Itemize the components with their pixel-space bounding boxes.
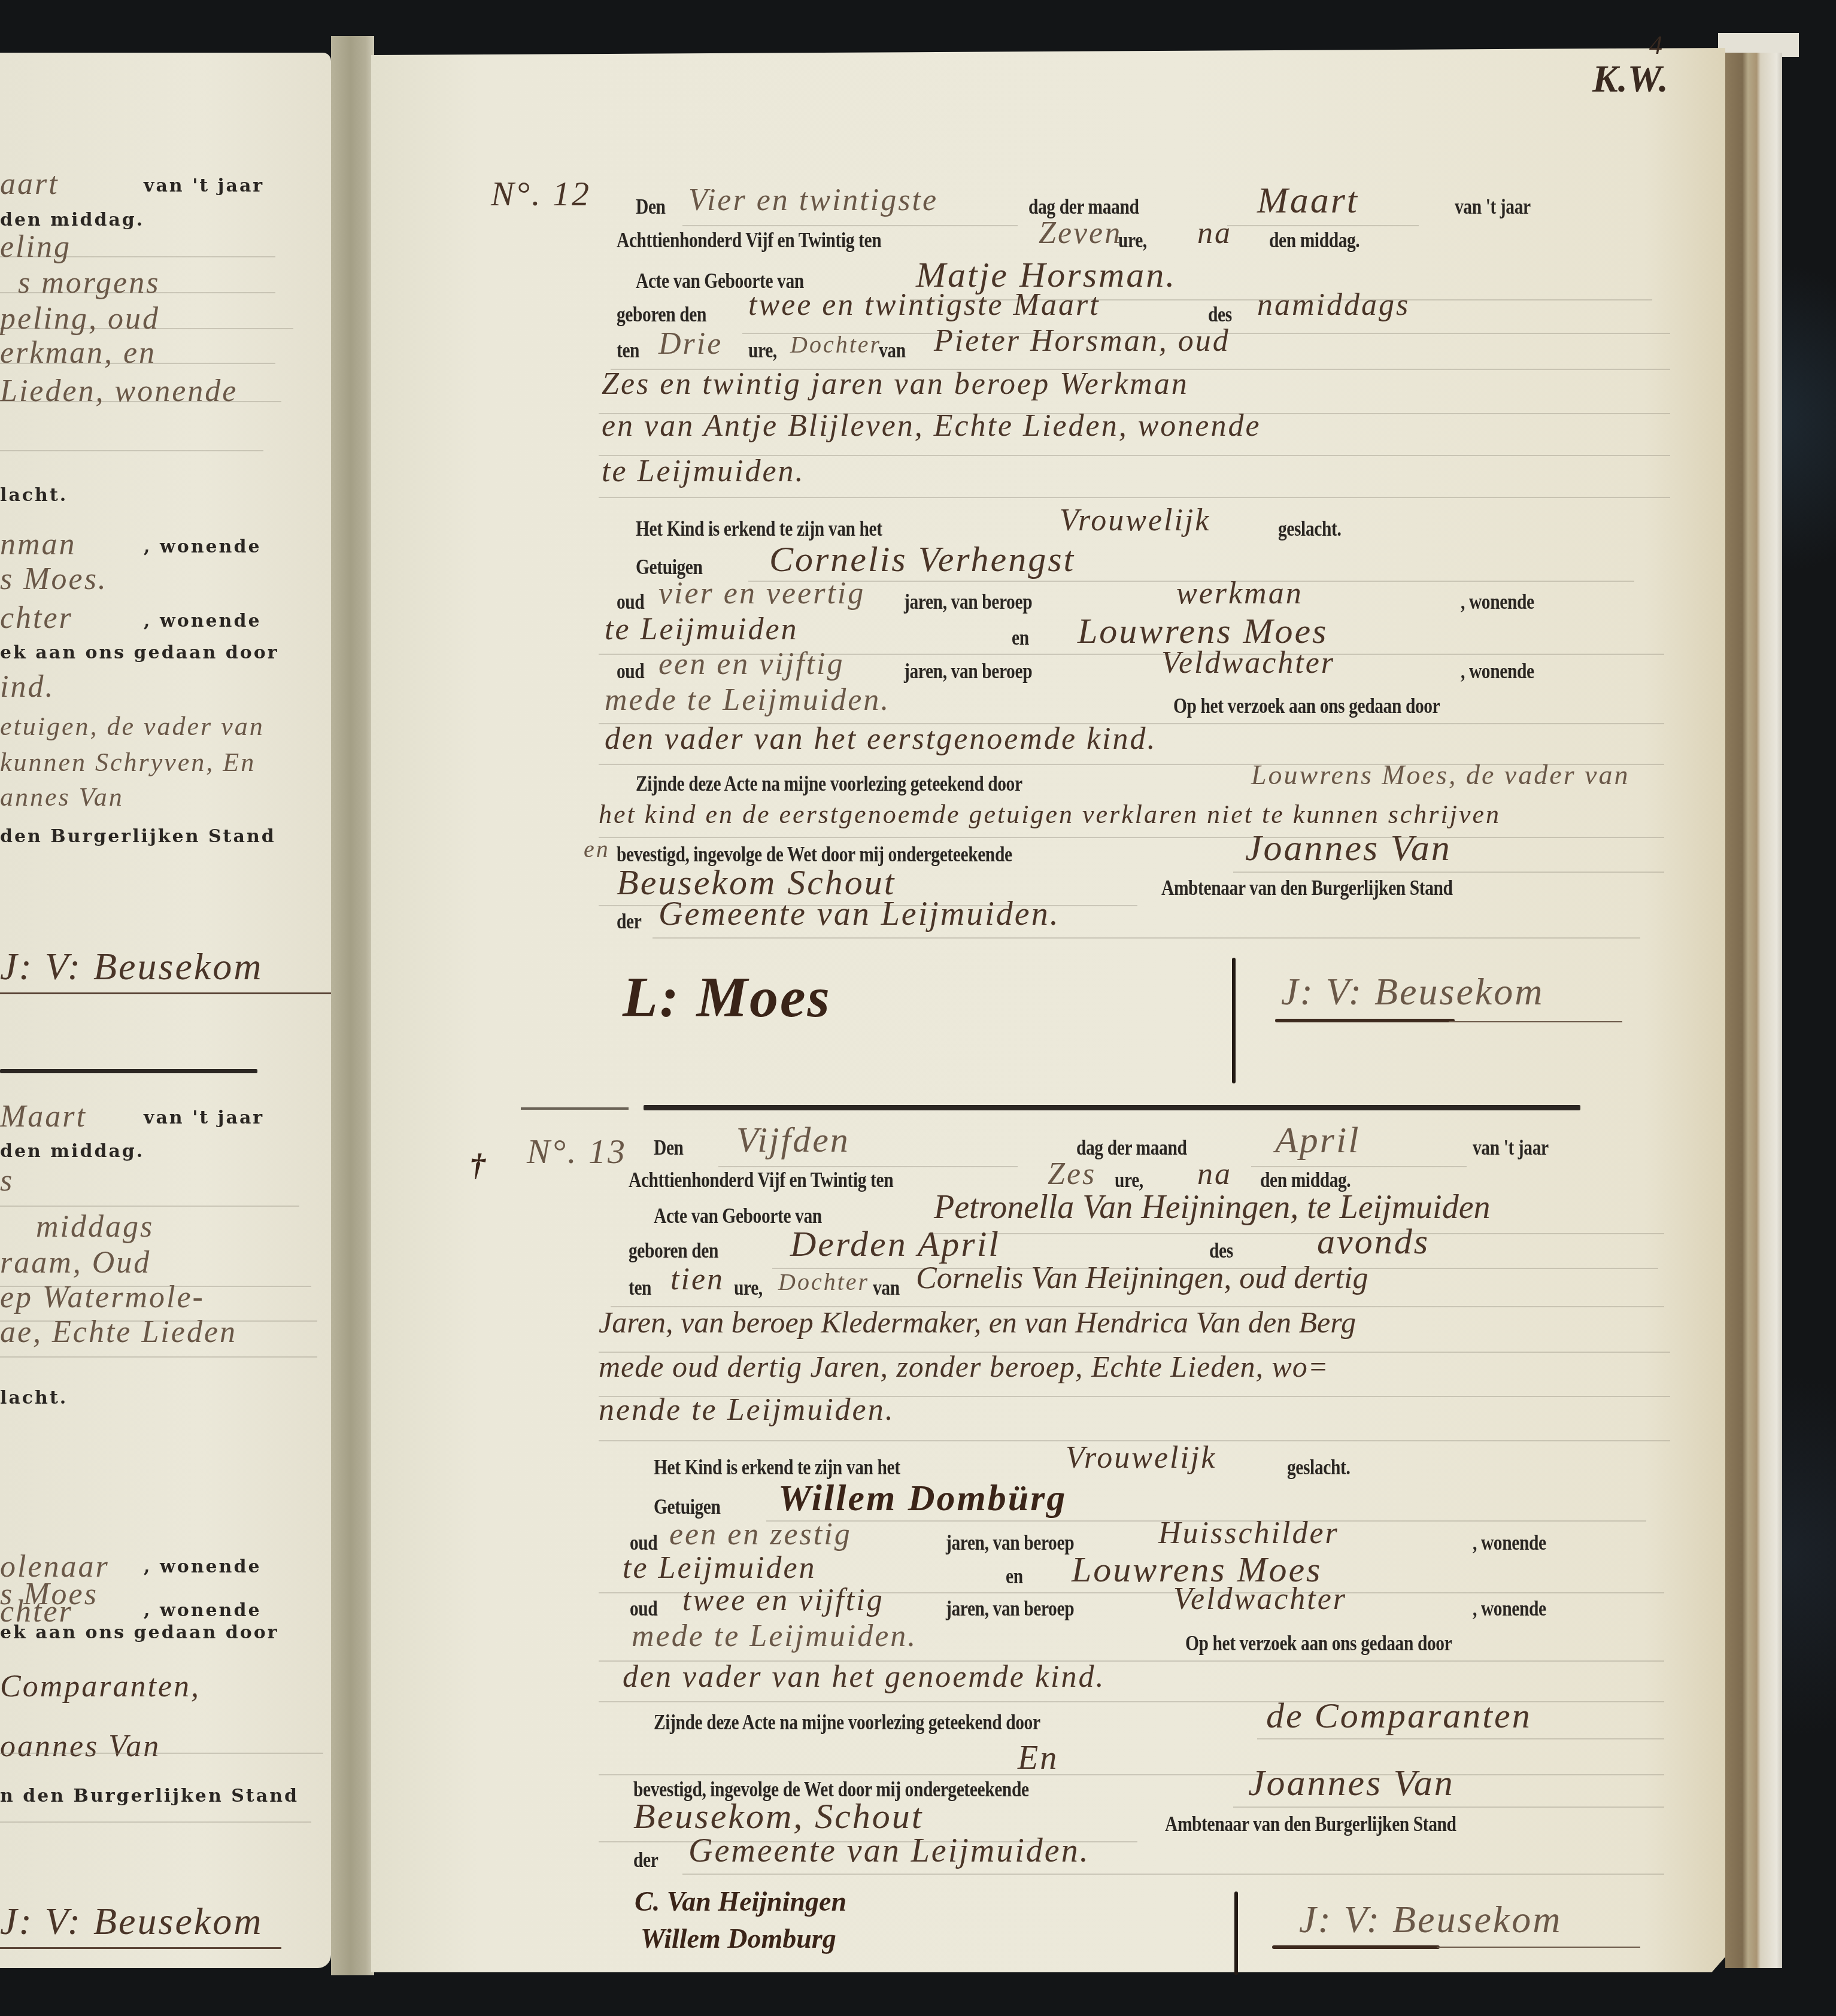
left-month-hand: aart xyxy=(0,166,59,202)
entry-number: N°. 13 xyxy=(527,1131,627,1171)
ure-label: ure, xyxy=(1118,227,1147,253)
witness1-residence-hand: te Leijmuiden xyxy=(623,1550,817,1586)
signature-father: C. Van Heijningen xyxy=(635,1886,846,1917)
year-text: Achttienhonderd Vijf en Twintig ten xyxy=(629,1167,893,1192)
born-time-hand: avonds xyxy=(1317,1221,1430,1262)
parents-hand-line: Jaren, van beroep Kledermaker, en van He… xyxy=(599,1305,1356,1340)
gemeente-hand: Gemeente van Leijmuiden. xyxy=(658,895,1060,933)
year-label: van 't jaar xyxy=(1455,194,1531,219)
witness2-occupation-hand: Veldwachter xyxy=(1173,1581,1347,1617)
witness1-age-hand: een en zestig xyxy=(669,1517,852,1552)
left-official-label: n den Burgerlijken Stand xyxy=(0,1786,299,1806)
left-gender-label: lacht. xyxy=(0,485,68,506)
parents-hand-line: nende te Leijmuiden. xyxy=(599,1392,895,1428)
left-hand-line: ep Watermole- xyxy=(0,1280,205,1315)
year-text: Achttienhonderd Vijf en Twintig ten xyxy=(617,227,881,253)
van-label: van xyxy=(873,1275,900,1300)
official-name-hand: Joannes Van xyxy=(1248,1762,1455,1805)
father-name-hand: Cornelis Van Heijningen, oud dertig xyxy=(916,1261,1368,1296)
witness2-residence-hand: mede te Leijmuiden. xyxy=(605,682,890,718)
left-wonende-label: , wonende xyxy=(144,1556,262,1577)
book-gutter xyxy=(331,36,374,1975)
request-label: Op het verzoek aan ons gedaan door xyxy=(1185,1631,1452,1656)
witness2-age-hand: twee en vijftig xyxy=(682,1583,884,1618)
left-month-hand: Maart xyxy=(0,1099,87,1134)
wonende-label: , wonende xyxy=(1461,589,1534,614)
left-sign-hand: oannes Van xyxy=(0,1729,160,1764)
parents-hand-line: Zes en twintig jaren van beroep Werkman xyxy=(602,366,1189,402)
dochter-hand: Dochter xyxy=(778,1268,869,1296)
folio-page-number: 4 xyxy=(1649,30,1662,60)
witness1-name-hand: Willem Dombürg xyxy=(778,1477,1067,1520)
oud-label: oud xyxy=(617,589,644,614)
left-page: aart van 't jaar den middag. eling s mor… xyxy=(0,53,331,1968)
gender-hand: Vrouwelijk xyxy=(1060,503,1210,538)
left-hand-line: peling, oud xyxy=(0,301,160,336)
witness1-residence-hand: te Leijmuiden xyxy=(605,612,799,647)
official-name-hand: Joannes Van xyxy=(1245,827,1452,870)
left-request-hand: ind. xyxy=(0,669,54,705)
left-hand-line: ae, Echte Lieden xyxy=(0,1314,237,1350)
signed-by-hand: Louwrens Moes, de vader van xyxy=(1251,759,1629,791)
left-wonende-label: , wonende xyxy=(144,536,262,557)
left-request-label: ek aan ons gedaan door xyxy=(0,642,279,663)
day-hand: Vier en twintigste xyxy=(688,183,938,218)
signature-official: J: V: Beusekom xyxy=(1299,1897,1562,1942)
en-hand: en xyxy=(584,835,610,863)
beroep-label: jaren, van beroep xyxy=(904,658,1032,684)
ure-label: ure, xyxy=(734,1275,763,1300)
zijnde-label: Zijnde deze Acte na mijne voorlezing get… xyxy=(654,1710,1040,1735)
witness2-residence-hand: mede te Leijmuiden. xyxy=(632,1619,917,1654)
witness2-occupation-hand: Veldwachter xyxy=(1161,645,1335,681)
left-sign-hand: kunnen Schryven, En xyxy=(0,747,256,778)
left-year-label: van 't jaar xyxy=(144,1107,264,1128)
born-hour-hand: Drie xyxy=(658,326,723,362)
signature-witness: Willem Domburg xyxy=(641,1923,836,1954)
born-label: geboren den xyxy=(617,302,706,327)
den-label: Den xyxy=(636,194,666,219)
witness1-name-hand: Cornelis Verhengst xyxy=(769,539,1075,580)
left-year-label: van 't jaar xyxy=(144,175,264,196)
left-request-label: ek aan ons gedaan door xyxy=(0,1622,279,1643)
en-label: en xyxy=(1012,625,1029,650)
witness1-occupation-hand: Huisschilder xyxy=(1158,1516,1339,1551)
hour-hand: Zeven xyxy=(1039,215,1122,251)
parents-hand-line: te Leijmuiden. xyxy=(602,454,805,489)
signature-brace xyxy=(1234,1891,1238,1975)
left-sign-hand: annes Van xyxy=(0,782,124,812)
zijnde-label: Zijnde deze Acte na mijne voorlezing get… xyxy=(636,771,1022,796)
entry-separator xyxy=(644,1105,1580,1110)
wonende-label: , wonende xyxy=(1473,1530,1546,1555)
beroep-label: jaren, van beroep xyxy=(904,589,1032,614)
left-signature: J: V: Beusekom xyxy=(0,945,263,989)
left-hand-line: s xyxy=(0,1163,14,1198)
left-midday-label: den middag. xyxy=(0,1141,144,1162)
entry-number: N°. 12 xyxy=(491,174,591,214)
left-midday-label: den middag. xyxy=(0,210,144,230)
signed-by-hand: het kind en de eerstgenoemde getuigen ve… xyxy=(599,799,1501,830)
parents-hand-line: mede oud dertig Jaren, zonder beroep, Ec… xyxy=(599,1349,1329,1384)
left-hand-line: eling xyxy=(0,229,71,265)
born-time-hand: namiddags xyxy=(1257,287,1410,323)
des-label: des xyxy=(1209,1238,1233,1263)
signed-by-hand: de Comparanten xyxy=(1266,1695,1532,1736)
left-hand-line: raam, Oud xyxy=(0,1245,151,1280)
born-hour-hand: tien xyxy=(670,1262,724,1297)
ampm-hand: na xyxy=(1197,1156,1232,1192)
en-hand: En xyxy=(1018,1739,1058,1777)
official-name-hand: Beusekom, Schout xyxy=(633,1796,924,1837)
gemeente-hand: Gemeente van Leijmuiden. xyxy=(688,1832,1090,1870)
left-sign-hand: Comparanten, xyxy=(0,1669,201,1704)
left-wonende-label: , wonende xyxy=(144,1600,262,1621)
left-hand-line: s morgens xyxy=(18,265,160,300)
getuigen-label: Getuigen xyxy=(654,1494,721,1519)
gender-hand: Vrouwelijk xyxy=(1066,1440,1216,1475)
ambtenaar-label: Ambtenaar van den Burgerlijken Stand xyxy=(1161,875,1453,900)
left-signature: J: V: Beusekom xyxy=(0,1899,263,1944)
folio-mark: K.W. xyxy=(1592,57,1668,101)
left-witness1-hand: nman xyxy=(0,527,77,562)
left-wonende-label: , wonende xyxy=(144,611,262,631)
left-witness2-hand: s Moes. xyxy=(0,561,108,597)
hour-hand: Zes xyxy=(1048,1156,1096,1192)
kind-label: Het Kind is erkend te zijn van het xyxy=(636,516,882,541)
page-stack-edge xyxy=(1725,53,1782,1968)
ure-label: ure, xyxy=(748,338,777,363)
left-sign-hand: etuigen, de vader van xyxy=(0,711,265,742)
signature-official: J: V: Beusekom xyxy=(1281,970,1544,1014)
day-hand: Vijfden xyxy=(736,1119,850,1161)
born-label: geboren den xyxy=(629,1238,718,1263)
left-gender-label: lacht. xyxy=(0,1387,68,1408)
geslacht-label: geslacht. xyxy=(1287,1455,1350,1480)
witness1-age-hand: vier en veertig xyxy=(658,576,865,611)
month-hand: April xyxy=(1275,1119,1360,1162)
kind-label: Het Kind is erkend te zijn van het xyxy=(654,1455,900,1480)
requester-hand: den vader van het genoemde kind. xyxy=(623,1659,1105,1695)
dochter-hand: Dochter xyxy=(790,330,881,359)
month-hand: Maart xyxy=(1257,180,1359,222)
ampm-hand: na xyxy=(1197,215,1232,251)
ten-label: ten xyxy=(629,1275,651,1300)
witness2-age-hand: een en vijftig xyxy=(658,646,845,682)
margin-mark: † xyxy=(470,1148,487,1183)
signature-father: L: Moes xyxy=(623,964,831,1030)
born-date-hand: twee en twintigste Maart xyxy=(748,287,1100,323)
left-occupation-hand: chter xyxy=(0,600,73,636)
year-label: van 't jaar xyxy=(1473,1135,1549,1160)
ambtenaar-label: Ambtenaar van den Burgerlijken Stand xyxy=(1165,1811,1456,1836)
left-hand-line: middags xyxy=(36,1209,154,1244)
wonende-label: , wonende xyxy=(1461,658,1534,684)
born-date-hand: Derden April xyxy=(790,1223,1000,1265)
beroep-label: jaren, van beroep xyxy=(946,1530,1074,1555)
der-label: der xyxy=(617,909,641,934)
den-label: Den xyxy=(654,1135,684,1160)
parents-hand-line: en van Antje Blijleven, Echte Lieden, wo… xyxy=(602,408,1261,444)
left-hand-line: Lieden, wonende xyxy=(0,374,238,409)
wonende-label: , wonende xyxy=(1473,1596,1546,1621)
van-label: van xyxy=(879,338,906,363)
midday-label: den middag. xyxy=(1269,227,1359,253)
requester-hand: den vader van het eerstgenoemde kind. xyxy=(605,721,1157,757)
beroep-label: jaren, van beroep xyxy=(946,1596,1074,1621)
signature-brace xyxy=(1232,958,1236,1083)
left-official-label: den Burgerlijken Stand xyxy=(0,826,276,847)
oud-label: oud xyxy=(617,658,644,684)
en-label: en xyxy=(1006,1563,1023,1589)
request-label: Op het verzoek aan ons gedaan door xyxy=(1173,693,1440,718)
left-hand-line: erkman, en xyxy=(0,335,156,371)
witness1-occupation-hand: werkman xyxy=(1176,576,1303,611)
geslacht-label: geslacht. xyxy=(1278,516,1341,541)
oud-label: oud xyxy=(630,1596,657,1621)
father-name-hand: Pieter Horsman, oud xyxy=(934,323,1230,359)
ten-label: ten xyxy=(617,338,639,363)
der-label: der xyxy=(633,1847,658,1872)
